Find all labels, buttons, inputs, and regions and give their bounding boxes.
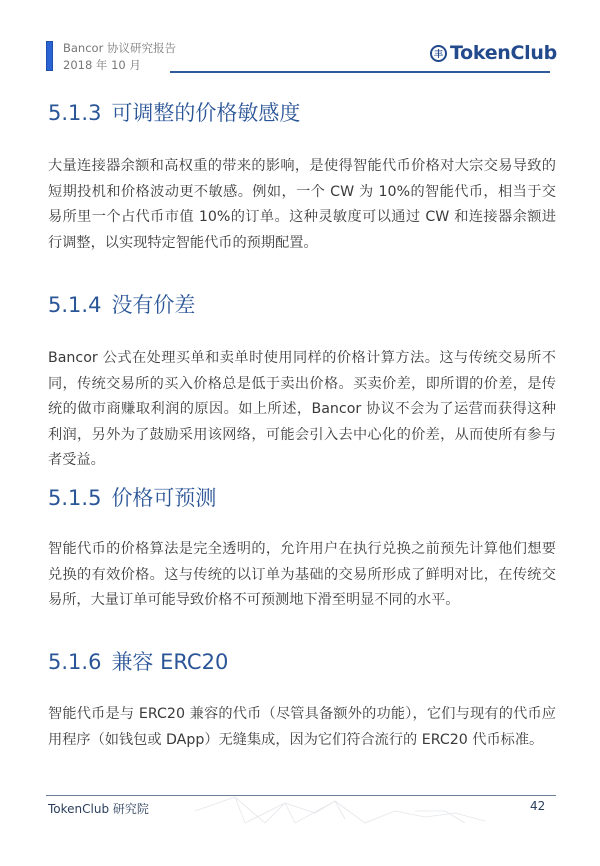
network-pattern-icon [185,793,515,833]
section-title: 没有价差 [111,293,195,317]
section-title: 兼容 ERC20 [111,650,228,674]
tokenclub-logo: 丰 TokenClub [430,42,557,64]
header-divider [170,71,550,73]
tokenclub-logo-icon: 丰 [430,45,447,62]
section-body-5-1-4: Bancor 公式在处理买单和卖单时使用同样的价格计算方法。这与传统交易所不同，… [48,346,556,474]
logo-text: TokenClub [450,42,557,64]
section-body-5-1-5: 智能代币的价格算法是完全透明的，允许用户在执行兑换之前预先计算他们想要兑换的有效… [48,537,556,614]
section-heading-5-1-6: 5.1.6兼容 ERC20 [48,646,228,676]
section-heading-5-1-3: 5.1.3可调整的价格敏感度 [48,97,300,127]
section-number: 5.1.5 [48,486,101,510]
section-number: 5.1.4 [48,293,101,317]
section-title: 可调整的价格敏感度 [111,101,300,125]
section-number: 5.1.6 [48,650,101,674]
section-body-5-1-3: 大量连接器余额和高权重的带来的影响，是使得智能代币价格对大宗交易导致的短期投机和… [48,154,556,256]
report-date: 2018 年 10 月 [63,57,141,73]
page-number: 42 [530,799,545,813]
section-heading-5-1-4: 5.1.4没有价差 [48,289,195,319]
report-title: Bancor 协议研究报告 [63,40,176,56]
header-accent-bar [46,41,53,71]
section-title: 价格可预测 [111,486,216,510]
section-body-5-1-6: 智能代币是与 ERC20 兼容的代币（尽管具备额外的功能），它们与现有的代币应用… [48,702,556,753]
section-number: 5.1.3 [48,101,101,125]
footer-label: TokenClub 研究院 [48,800,149,817]
section-heading-5-1-5: 5.1.5价格可预测 [48,482,216,512]
